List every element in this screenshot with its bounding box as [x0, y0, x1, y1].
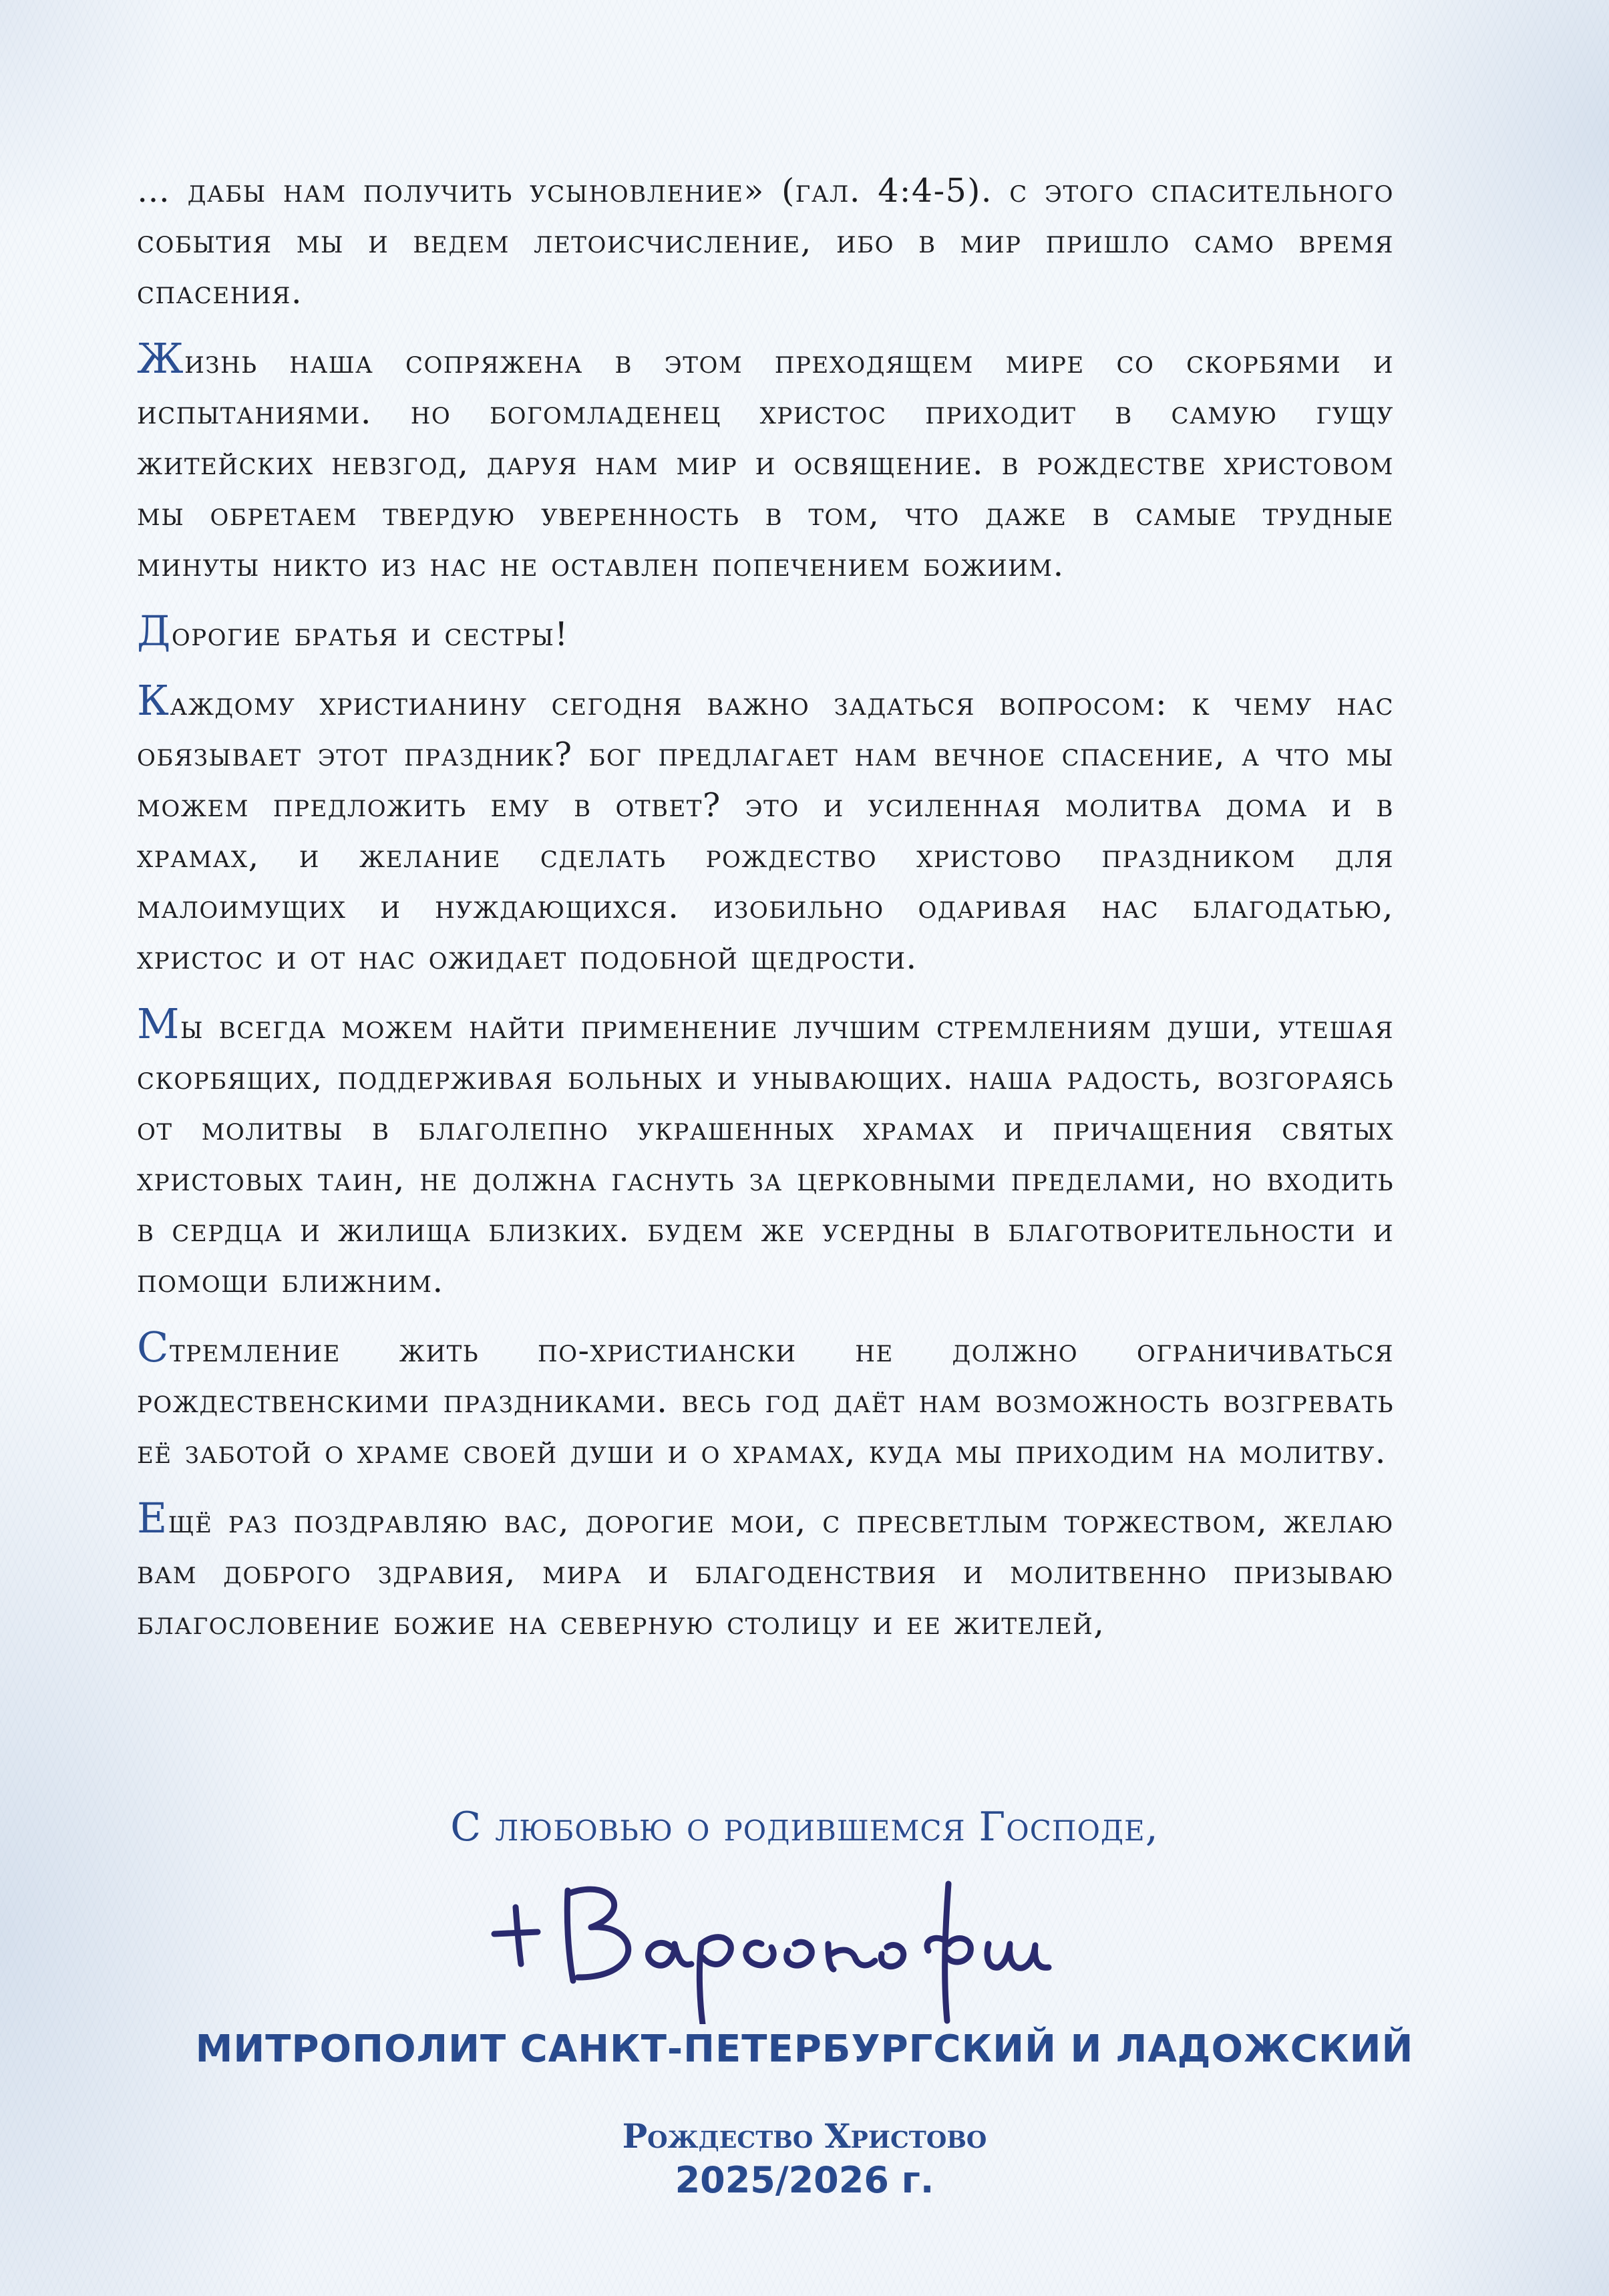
- paragraph-1: … дабы нам получить усыновление» (Гал. 4…: [137, 162, 1394, 318]
- drop-initial: Е: [137, 1494, 168, 1542]
- paragraph-text: щё раз поздравляю вас, дорогие мои, с пр…: [137, 1502, 1394, 1642]
- paragraph-text: ы всегда можем найти применение лучшим с…: [137, 1008, 1394, 1300]
- paragraph-4: Каждому христианину сегодня важно задать…: [137, 675, 1394, 983]
- handwritten-signature: +Варсонофий: [468, 1870, 1102, 2024]
- paragraph-6: Стремление жить по-христиански не должно…: [137, 1322, 1394, 1478]
- paragraph-text: тремление жить по-христиански не должно …: [137, 1331, 1394, 1471]
- drop-initial: М: [137, 999, 180, 1048]
- letter-body: … дабы нам получить усыновление» (Гал. 4…: [137, 162, 1394, 1664]
- closing-greeting: С любовью о родившемся Господе,: [0, 1804, 1609, 1850]
- paragraph-5: Мы всегда можем найти применение лучшим …: [137, 999, 1394, 1307]
- drop-initial: Ж: [137, 334, 184, 383]
- paragraph-text: … дабы нам получить усыновление» (Гал. 4…: [137, 172, 1394, 311]
- author-title: МИТРОПОЛИТ САНКТ-ПЕТЕРБУРГСКИЙ И ЛАДОЖСК…: [0, 2027, 1609, 2071]
- drop-initial: С: [137, 1323, 170, 1371]
- date-label: Рождество Христово: [0, 2116, 1609, 2156]
- drop-initial: Д: [137, 607, 172, 655]
- drop-initial: К: [137, 676, 170, 725]
- date-year: 2025/2026 г.: [0, 2159, 1609, 2201]
- paragraph-7: Ещё раз поздравляю вас, дорогие мои, с п…: [137, 1493, 1394, 1649]
- paragraph-text: аждому христианину сегодня важно задатьс…: [137, 685, 1394, 977]
- paragraph-address: Дорогие братья и сестры!: [137, 606, 1394, 660]
- paragraph-text: изнь наша сопряжена в этом преходящем ми…: [137, 343, 1394, 584]
- paragraph-text: орогие братья и сестры!: [172, 615, 569, 653]
- paragraph-2: Жизнь наша сопряжена в этом преходящем м…: [137, 333, 1394, 591]
